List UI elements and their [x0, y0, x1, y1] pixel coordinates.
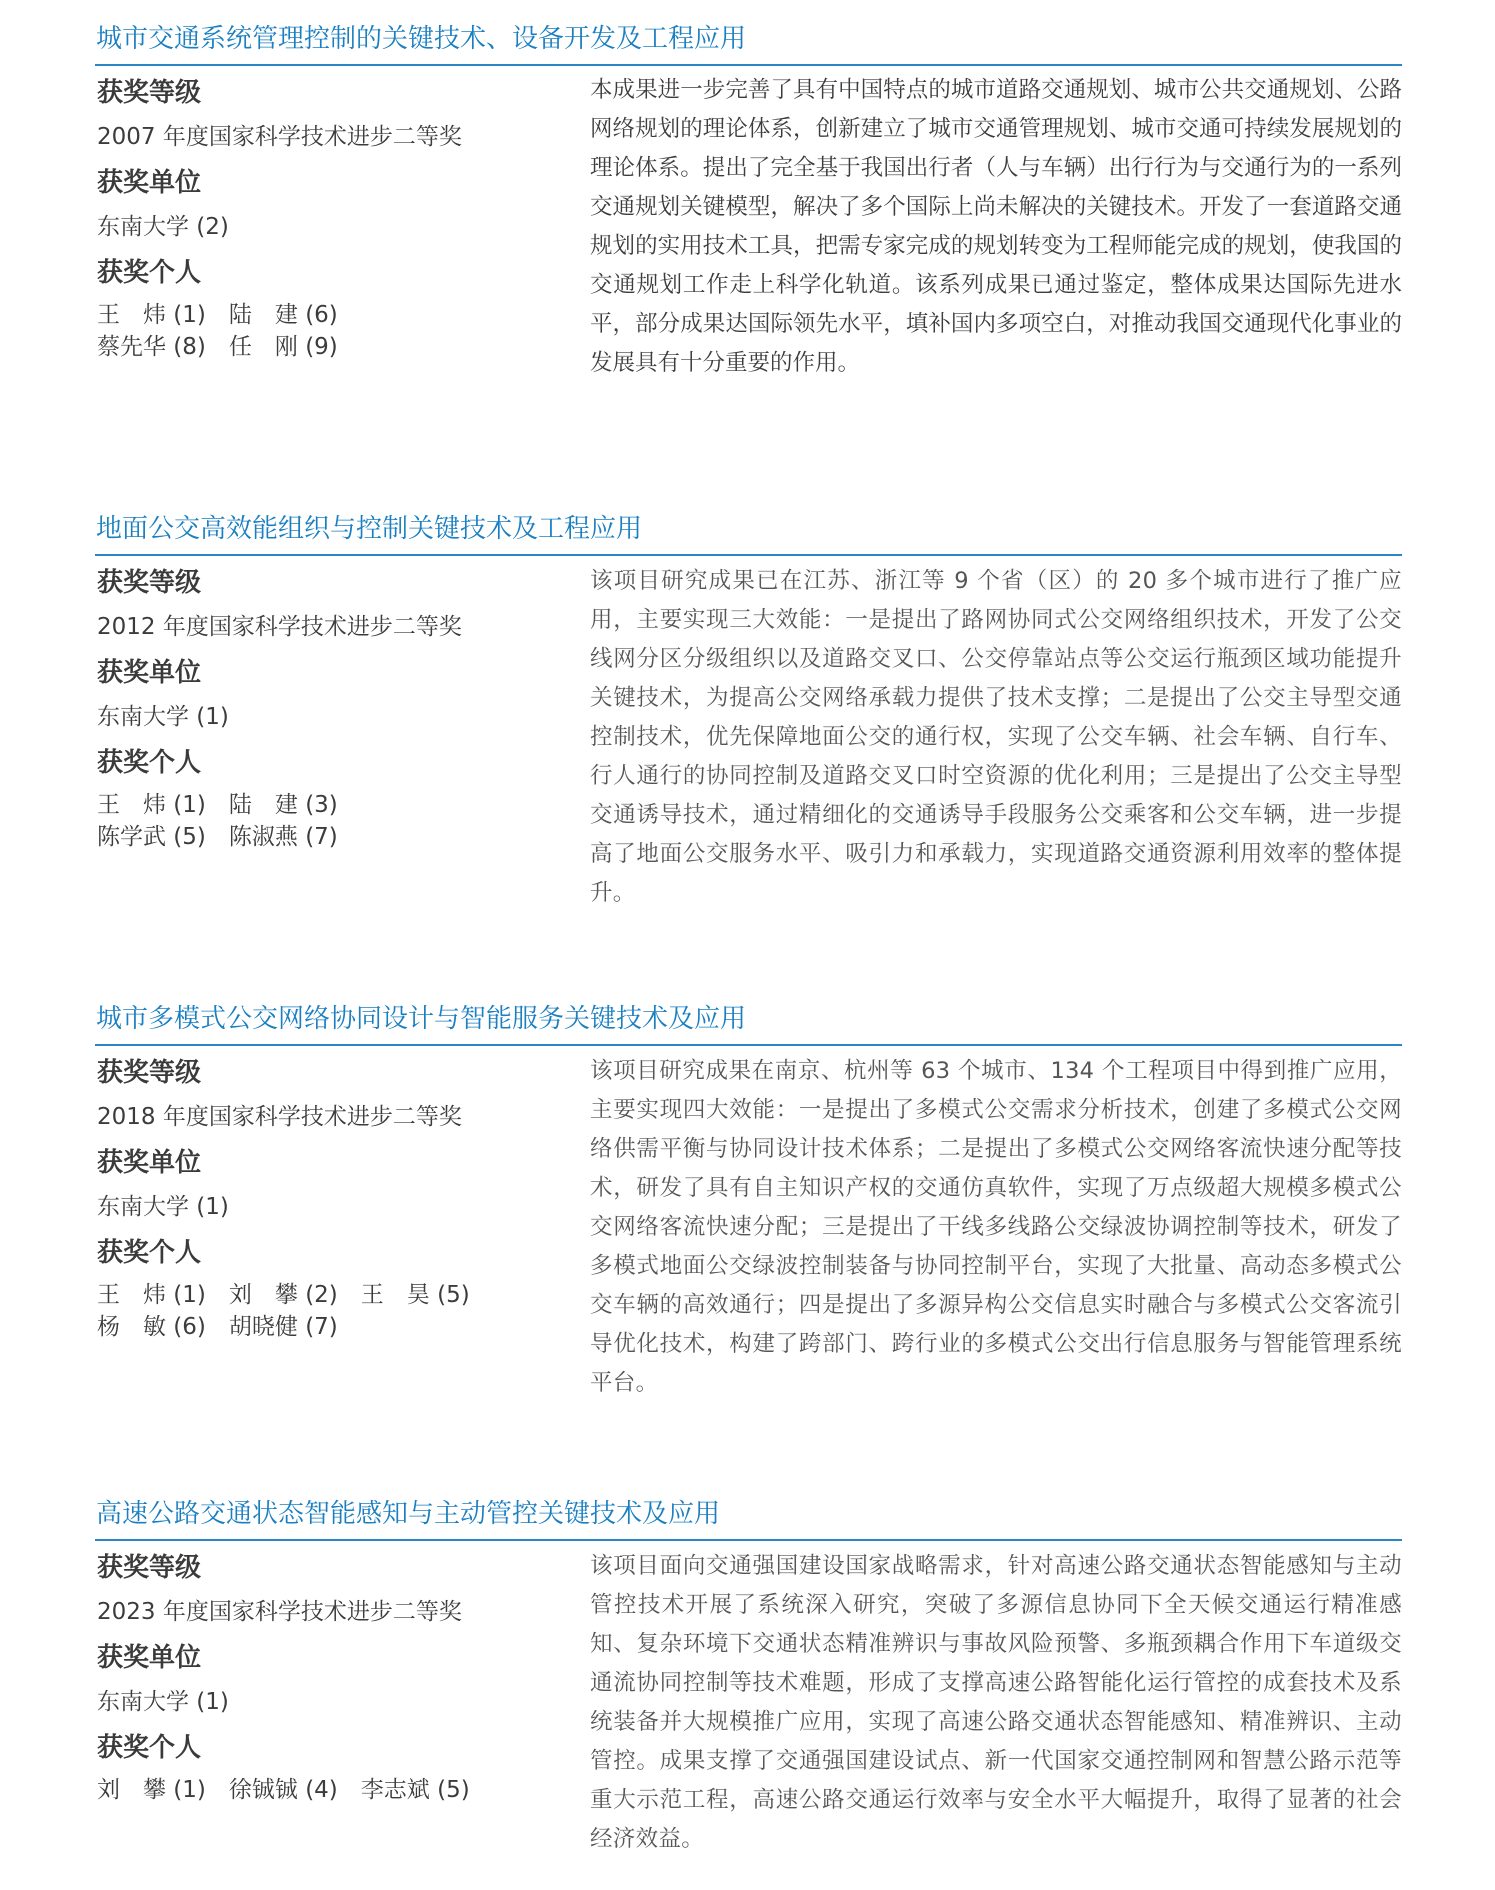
award-level-value: 2023 年度国家科学技术进步二等奖 — [97, 1597, 577, 1627]
section-title: 高速公路交通状态智能感知与主动管控关键技术及应用 — [95, 1497, 1402, 1531]
award-level-value: 2018 年度国家科学技术进步二等奖 — [97, 1102, 577, 1132]
people-line: 杨 敏 (6) 胡晓健 (7) — [97, 1312, 577, 1351]
award-unit-value: 东南大学 (1) — [97, 1192, 577, 1222]
award-info: 获奖等级 2018 年度国家科学技术进步二等奖 获奖单位 东南大学 (1) 获奖… — [97, 1056, 577, 1351]
section-divider — [95, 554, 1402, 556]
award-level-label: 获奖等级 — [97, 76, 577, 110]
people-line: 蔡先华 (8) 任 刚 (9) — [97, 332, 577, 371]
award-info: 获奖等级 2007 年度国家科学技术进步二等奖 获奖单位 东南大学 (2) 获奖… — [97, 76, 577, 371]
award-unit-label: 获奖单位 — [97, 166, 577, 200]
section-divider — [95, 1539, 1402, 1541]
award-people-label: 获奖个人 — [97, 256, 577, 290]
award-level-label: 获奖等级 — [97, 1551, 577, 1585]
award-section-1: 城市交通系统管理控制的关键技术、设备开发及工程应用 获奖等级 2007 年度国家… — [95, 22, 1402, 66]
award-unit-label: 获奖单位 — [97, 1641, 577, 1675]
award-section-2: 地面公交高效能组织与控制关键技术及工程应用 获奖等级 2012 年度国家科学技术… — [95, 512, 1402, 556]
section-description: 该项目研究成果已在江苏、浙江等 9 个省（区）的 20 多个城市进行了推广应用，… — [590, 562, 1402, 913]
award-unit-value: 东南大学 (2) — [97, 212, 577, 242]
award-people-list: 王 炜 (1) 刘 攀 (2) 王 昊 (5) 杨 敏 (6) 胡晓健 (7) — [97, 1280, 577, 1351]
award-level-label: 获奖等级 — [97, 566, 577, 600]
award-level-label: 获奖等级 — [97, 1056, 577, 1090]
section-description: 本成果进一步完善了具有中国特点的城市道路交通规划、城市公共交通规划、公路网络规划… — [590, 71, 1402, 383]
section-description: 该项目面向交通强国建设国家战略需求，针对高速公路交通状态智能感知与主动管控技术开… — [590, 1547, 1402, 1859]
section-title: 地面公交高效能组织与控制关键技术及工程应用 — [95, 512, 1402, 546]
award-info: 获奖等级 2023 年度国家科学技术进步二等奖 获奖单位 东南大学 (1) 获奖… — [97, 1551, 577, 1814]
section-divider — [95, 64, 1402, 66]
award-people-label: 获奖个人 — [97, 1731, 577, 1765]
award-unit-label: 获奖单位 — [97, 1146, 577, 1180]
section-divider — [95, 1044, 1402, 1046]
award-section-3: 城市多模式公交网络协同设计与智能服务关键技术及应用 获奖等级 2018 年度国家… — [95, 1002, 1402, 1046]
award-people-list: 王 炜 (1) 陆 建 (3) 陈学武 (5) 陈淑燕 (7) — [97, 790, 577, 861]
award-unit-label: 获奖单位 — [97, 656, 577, 690]
award-people-label: 获奖个人 — [97, 1236, 577, 1270]
award-people-list: 王 炜 (1) 陆 建 (6) 蔡先华 (8) 任 刚 (9) — [97, 300, 577, 371]
section-description: 该项目研究成果在南京、杭州等 63 个城市、134 个工程项目中得到推广应用，主… — [590, 1052, 1402, 1403]
award-people-list: 刘 攀 (1) 徐铖铖 (4) 李志斌 (5) — [97, 1775, 577, 1814]
section-title: 城市多模式公交网络协同设计与智能服务关键技术及应用 — [95, 1002, 1402, 1036]
award-unit-value: 东南大学 (1) — [97, 702, 577, 732]
award-people-label: 获奖个人 — [97, 746, 577, 780]
award-unit-value: 东南大学 (1) — [97, 1687, 577, 1717]
section-title: 城市交通系统管理控制的关键技术、设备开发及工程应用 — [95, 22, 1402, 56]
award-info: 获奖等级 2012 年度国家科学技术进步二等奖 获奖单位 东南大学 (1) 获奖… — [97, 566, 577, 861]
award-section-4: 高速公路交通状态智能感知与主动管控关键技术及应用 获奖等级 2023 年度国家科… — [95, 1497, 1402, 1541]
award-level-value: 2007 年度国家科学技术进步二等奖 — [97, 122, 577, 152]
people-line: 刘 攀 (1) 徐铖铖 (4) 李志斌 (5) — [97, 1775, 577, 1814]
award-level-value: 2012 年度国家科学技术进步二等奖 — [97, 612, 577, 642]
people-line: 陈学武 (5) 陈淑燕 (7) — [97, 822, 577, 861]
